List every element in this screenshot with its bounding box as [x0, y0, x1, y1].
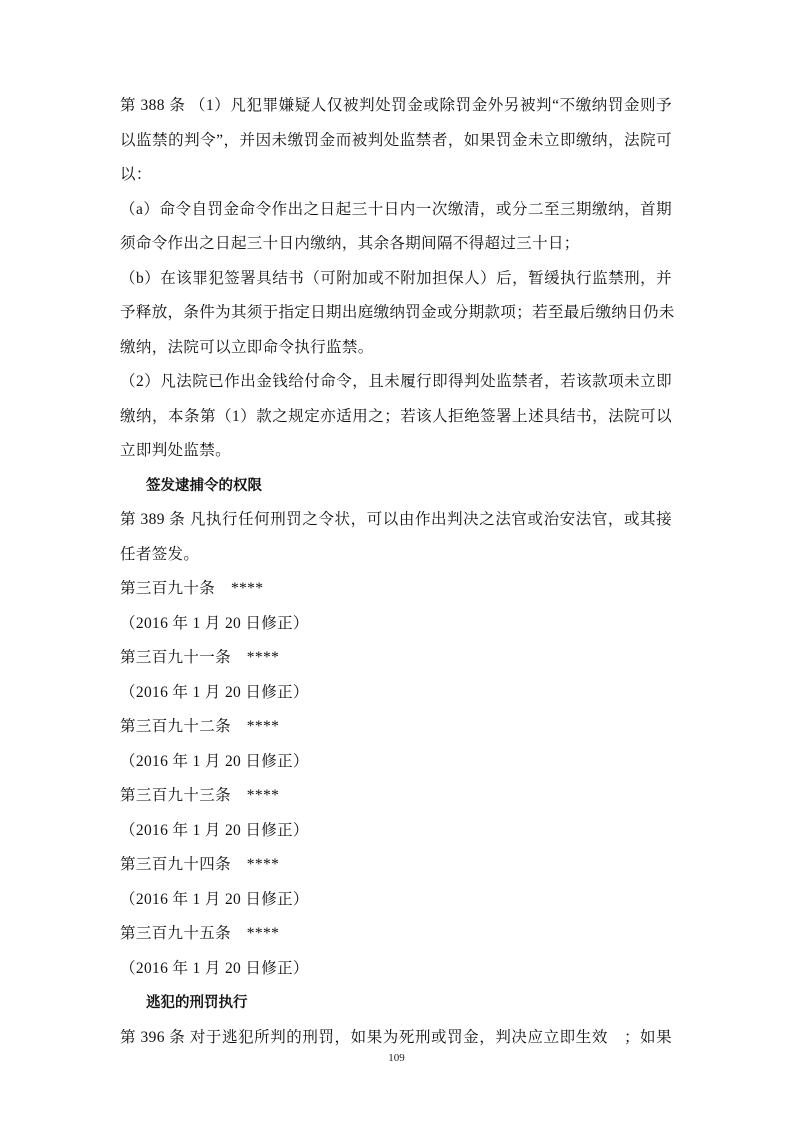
- article-393-title: 第三百九十三条 ****: [120, 779, 672, 814]
- article-388-para-2-line-3: 立即判处监禁。: [120, 434, 672, 469]
- section-heading-fugitive-sentence-execution: 逃犯的刑罚执行: [120, 986, 672, 1021]
- article-396-line-1: 第 396 条 对于逃犯所判的刑罚，如果为死刑或罚金，判决应立即生效 ；如果: [120, 1021, 672, 1056]
- article-388-para-2-line-2: 缴纳，本条第（1）款之规定亦适用之；若该人拒绝签署上述具结书，法院可以: [120, 400, 672, 435]
- article-389-line-2: 任者签发。: [120, 538, 672, 573]
- article-391-amendment-note: （2016 年 1 月 20 日修正）: [120, 676, 672, 711]
- article-395-title: 第三百九十五条 ****: [120, 917, 672, 952]
- article-394-title: 第三百九十四条 ****: [120, 848, 672, 883]
- article-388-line-1: 第 388 条 （1）凡犯罪嫌疑人仅被判处罚金或除罚金外另被判“不缴纳罚金则予: [120, 89, 672, 124]
- article-388-line-3: 以：: [120, 158, 672, 193]
- article-388-line-2: 以监禁的判令”，并因未缴罚金而被判处监禁者，如果罚金未立即缴纳，法院可: [120, 124, 672, 159]
- article-394-amendment-note: （2016 年 1 月 20 日修正）: [120, 883, 672, 918]
- article-388-para-2-line-1: （2）凡法院已作出金钱给付命令，且未履行即得判处监禁者，若该款项未立即: [120, 365, 672, 400]
- article-390-amendment-note: （2016 年 1 月 20 日修正）: [120, 607, 672, 642]
- article-388-clause-b-line-3: 缴纳，法院可以立即命令执行监禁。: [120, 331, 672, 366]
- article-391-title: 第三百九十一条 ****: [120, 641, 672, 676]
- article-393-amendment-note: （2016 年 1 月 20 日修正）: [120, 814, 672, 849]
- article-388-clause-a-line-1: （a）命令自罚金命令作出之日起三十日内一次缴清，或分二至三期缴纳，首期: [120, 193, 672, 228]
- article-388-clause-b-line-2: 予释放，条件为其须于指定日期出庭缴纳罚金或分期款项；若至最后缴纳日仍未: [120, 296, 672, 331]
- page-number: 109: [0, 1052, 793, 1064]
- article-395-amendment-note: （2016 年 1 月 20 日修正）: [120, 952, 672, 987]
- document-page: 第 388 条 （1）凡犯罪嫌疑人仅被判处罚金或除罚金外另被判“不缴纳罚金则予 …: [120, 89, 672, 1055]
- article-390-title: 第三百九十条 ****: [120, 572, 672, 607]
- section-heading-warrant-authority: 签发逮捕令的权限: [120, 469, 672, 504]
- article-392-amendment-note: （2016 年 1 月 20 日修正）: [120, 745, 672, 780]
- article-392-title: 第三百九十二条 ****: [120, 710, 672, 745]
- article-388-clause-a-line-2: 须命令作出之日起三十日内缴纳，其余各期间隔不得超过三十日；: [120, 227, 672, 262]
- article-388-clause-b-line-1: （b）在该罪犯签署具结书（可附加或不附加担保人）后，暂缓执行监禁刑，并: [120, 262, 672, 297]
- article-389-line-1: 第 389 条 凡执行任何刑罚之令状，可以由作出判决之法官或治安法官，或其接: [120, 503, 672, 538]
